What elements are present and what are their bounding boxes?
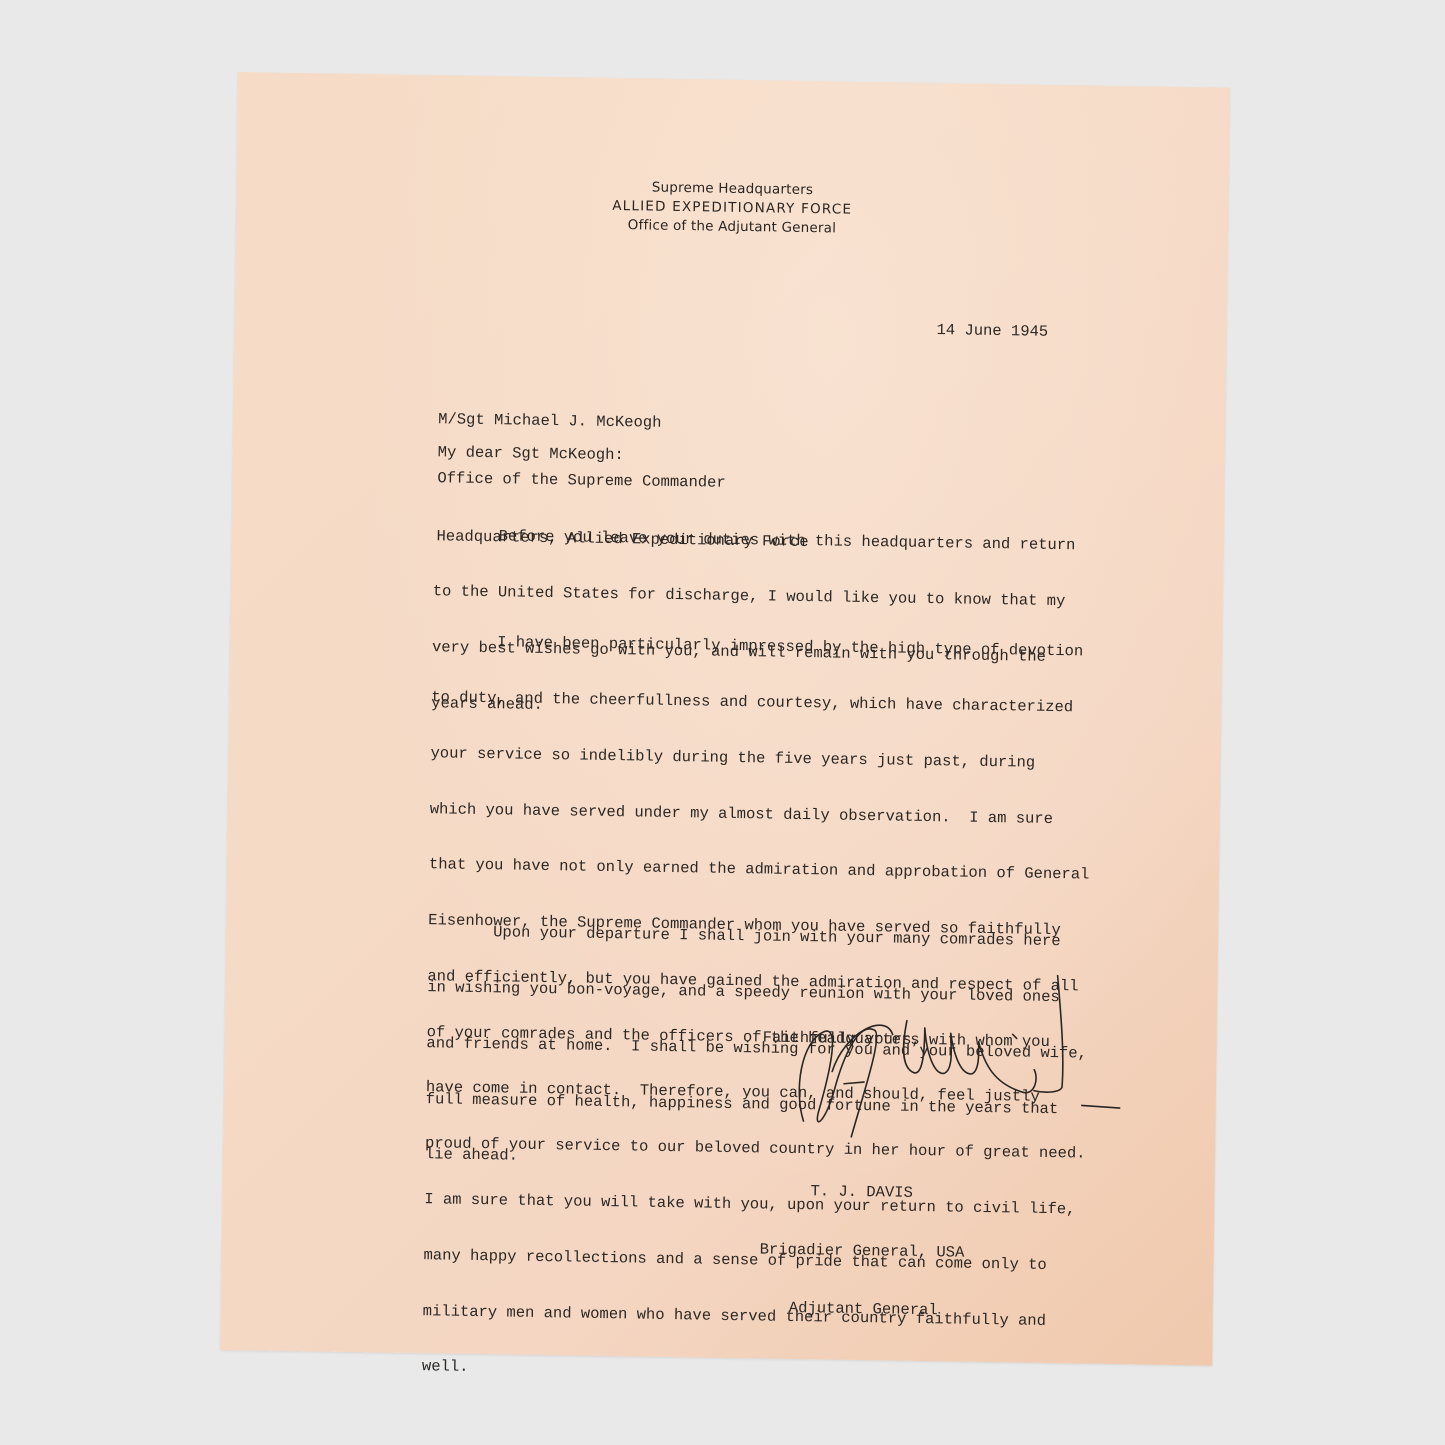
signer-title: Brigadier General, USA	[760, 1240, 965, 1263]
salutation: My dear Sgt McKeogh:	[438, 443, 624, 464]
paragraph-line: Before you leave your duties with this h…	[433, 526, 1075, 555]
paragraph-line: I have been particularly impressed by th…	[432, 632, 1093, 661]
paragraph-line: well.	[422, 1358, 1083, 1387]
paragraph-line: Upon your departure I shall join with yo…	[428, 922, 1089, 951]
paragraph-line: your service so indelibly during the fiv…	[430, 744, 1091, 773]
paragraph-3: Upon your departure I shall join with yo…	[424, 885, 1089, 1211]
paragraph-line: in wishing you bon-voyage, and a speedy …	[427, 978, 1088, 1007]
recipient-line-1: M/Sgt Michael J. McKeogh	[438, 410, 810, 435]
letter-date: 14 June 1945	[936, 321, 1048, 341]
paragraph-line: lie ahead.	[425, 1145, 1086, 1174]
paragraph-line: that you have not only earned the admira…	[429, 855, 1090, 884]
paragraph-line: to duty, and the cheerfullness and court…	[431, 688, 1092, 717]
closing: Faithfully yours,	[763, 1028, 921, 1048]
signature-block: T. J. DAVIS Brigadier General, USA Adjut…	[758, 1142, 966, 1360]
signer-position: Adjutant General	[759, 1298, 964, 1321]
paragraph-line: and friends at home. I shall be wishing …	[426, 1034, 1087, 1063]
letter-page: Supreme Headquarters ALLIED EXPEDITIONAR…	[220, 72, 1230, 1366]
paragraph-line: full measure of health, happiness and go…	[426, 1090, 1087, 1119]
paragraph-line: military men and women who have served t…	[423, 1302, 1084, 1331]
paragraph-line: many happy recollections and a sense of …	[423, 1246, 1084, 1275]
paragraph-line: which you have served under my almost da…	[430, 800, 1091, 829]
signer-name: T. J. DAVIS	[760, 1181, 965, 1204]
